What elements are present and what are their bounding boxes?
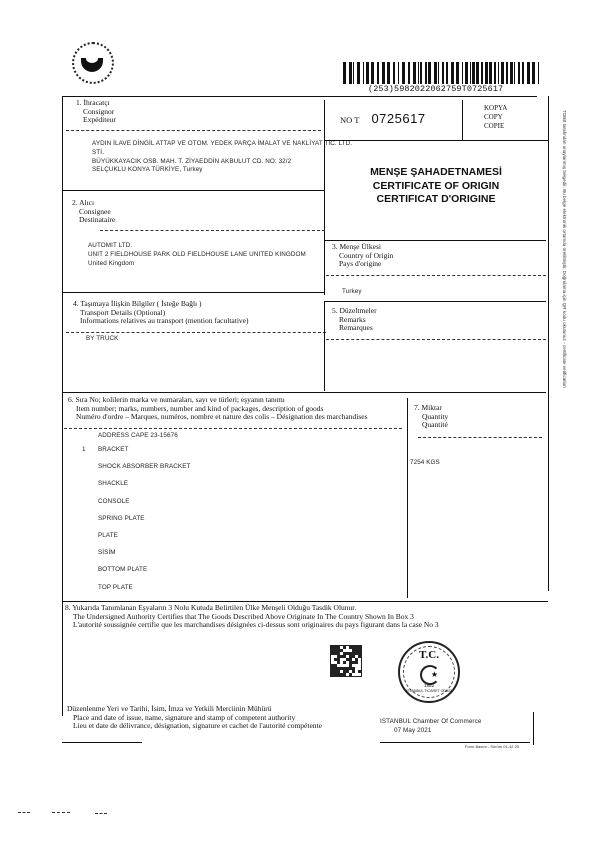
box2-label: 2. Alıcı Consignee Destinataire: [72, 199, 115, 225]
form-code: Form Basım - Sürüm 01-42 20: [465, 744, 519, 749]
country-of-origin-value: Turkey: [342, 288, 362, 297]
serial-number-field: NO T 0725617: [340, 110, 426, 128]
box6-label: 6. Sıra No; kolilerin marka ve numaralar…: [68, 396, 367, 422]
side-verification-text: TOBB tarafından onaylanmış belgedir. Bu …: [562, 110, 567, 570]
box5-label: 5. Düzeltmeler Remarks Remarques: [332, 307, 377, 333]
consignee-value: AUTOMIT LTD. UNIT 2 FIELDHOUSE PARK OLD …: [88, 242, 306, 268]
qr-code: [330, 645, 362, 677]
official-seal: T.C. ★ 1882 İSTANBUL TİCARET ODASI: [398, 641, 460, 703]
chamber-emblem-icon: [72, 42, 114, 84]
barcode-number: (253)5982022062759T0725617: [368, 84, 503, 94]
goods-item: SİSİM: [98, 549, 190, 566]
goods-item: PLATE: [98, 532, 190, 549]
quantity-value: 7254 KGS: [410, 459, 440, 468]
box1-label: 1. İhracatçı Consignor Expéditeur: [76, 99, 116, 125]
crescent-star-icon: ★: [420, 665, 440, 685]
transport-details-value: BY TRUCK: [86, 335, 118, 344]
goods-item: SPRING PLATE: [98, 515, 190, 532]
issue-place-date-label: Düzenlenme Yeri ve Tarihi, İsim, İmza ve…: [67, 705, 322, 731]
document-title: MENŞE ŞAHADETNAMESİ CERTIFICATE OF ORIGI…: [324, 166, 548, 207]
item-number: 1: [82, 446, 86, 455]
box3-label: 3. Menşe Ülkesi Country of Origin Pays d…: [332, 243, 393, 269]
goods-item: BOTTOM PLATE: [98, 566, 190, 583]
goods-item: SHACKLE: [98, 480, 190, 497]
goods-item: BRACKET: [98, 446, 190, 463]
consignor-value: AYDIN İLAVE DİNGİL ATTAP VE OTOM. YEDEK …: [92, 140, 332, 175]
box7-label: 7. Miktar Quantity Quantité: [414, 404, 448, 430]
copy-label: KOPYA COPY COPIE: [484, 104, 507, 131]
box4-label: 4. Taşımaya İlişkin Bilgiler ( İsteğe Ba…: [73, 300, 248, 326]
issuer-and-date: ISTANBUL Chamber Of Commerce 07 May 2021: [380, 718, 481, 736]
goods-item: TOP PLATE: [98, 584, 190, 601]
goods-description-list: BRACKETSHOCK ABSORBER BRACKETSHACKLECONS…: [98, 446, 190, 601]
shipping-marks: ADDRESS CAPE 23-15676: [98, 432, 178, 441]
goods-item: SHOCK ABSORBER BRACKET: [98, 463, 190, 480]
box8-certification: 8. Yukarıda Tanımlanan Eşyaların 3 Nolu …: [65, 604, 439, 630]
goods-item: CONSOLE: [98, 498, 190, 515]
barcode: [343, 62, 541, 84]
